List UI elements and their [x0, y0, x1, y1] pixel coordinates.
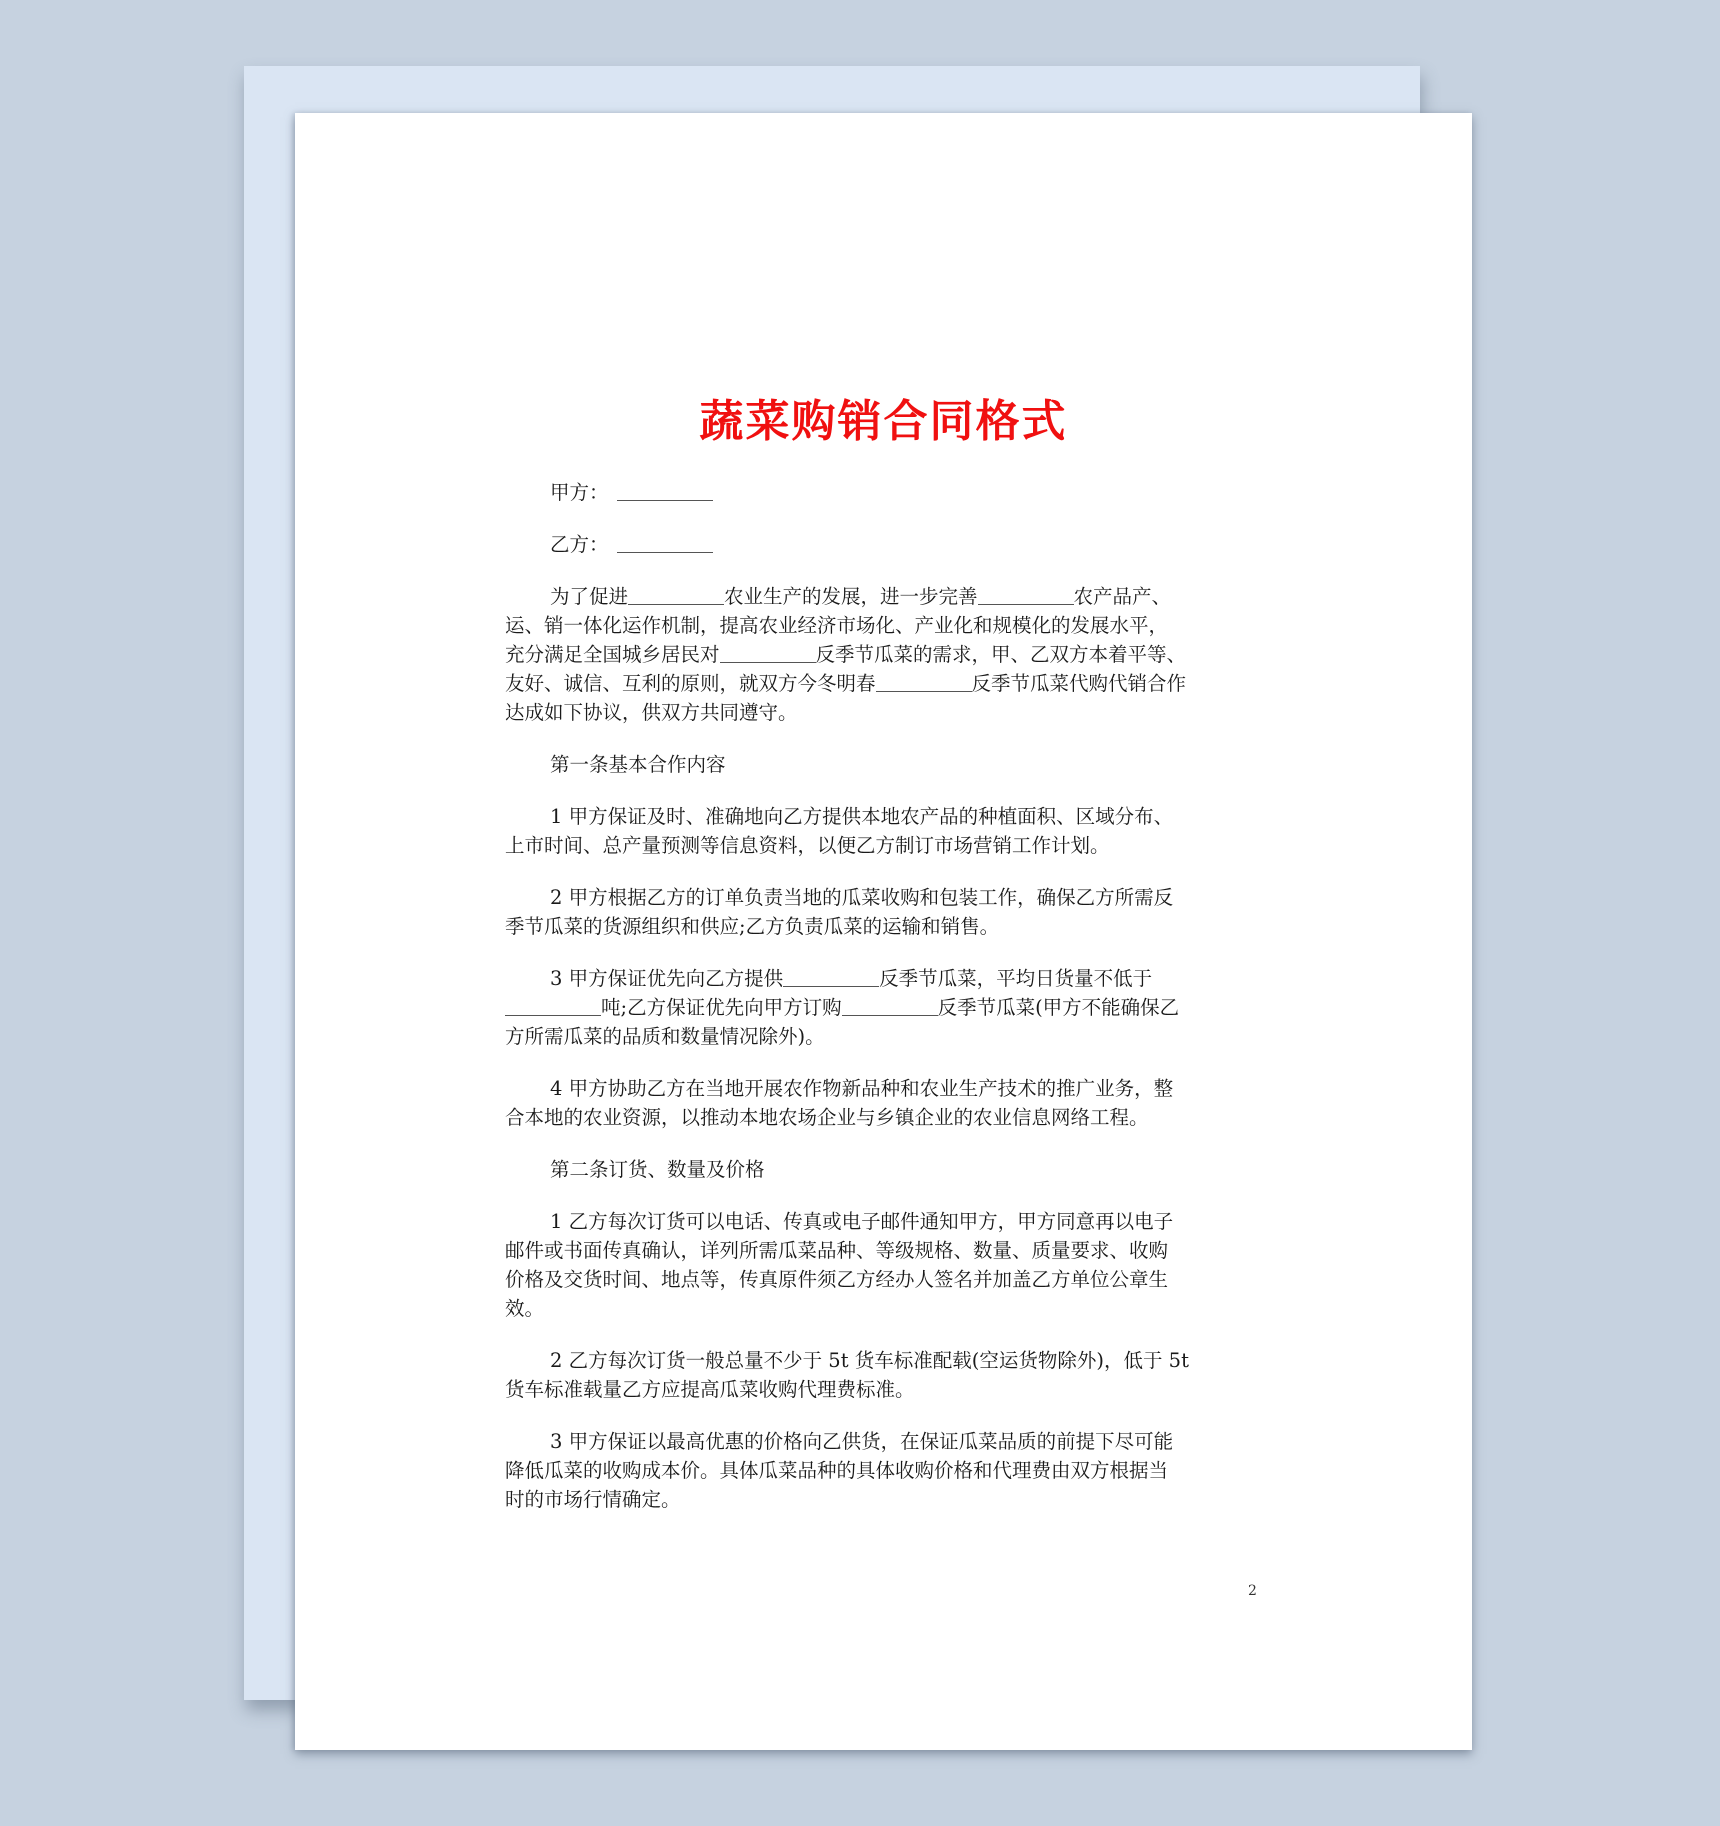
text: 货车标准载量乙方应提高瓜菜收购代理费标准。 — [505, 1375, 1270, 1404]
fill-blank — [978, 603, 1074, 605]
text: 1 甲方保证及时、准确地向乙方提供本地农产品的种植面积、区域分布、 — [505, 802, 1270, 831]
article-1-clause-1: 1 甲方保证及时、准确地向乙方提供本地农产品的种植面积、区域分布、 上市时间、总… — [505, 802, 1270, 860]
text: 吨;乙方保证优先向甲方订购 — [601, 996, 842, 1019]
page-number: 2 — [1248, 1583, 1257, 1599]
article-1-clause-2: 2 甲方根据乙方的订单负责当地的瓜菜收购和包装工作，确保乙方所需反 季节瓜菜的货… — [505, 883, 1270, 941]
text: 反季节瓜菜的需求，甲、乙双方本着平等、 — [816, 643, 1187, 666]
text: 3 甲方保证优先向乙方提供 — [550, 967, 783, 990]
document-page: 蔬菜购销合同格式 甲方： 乙方： 为了促进农业生产的发展，进一步完善农产品产、 … — [295, 113, 1472, 1750]
document-body: 甲方： 乙方： 为了促进农业生产的发展，进一步完善农产品产、 运、销一体化运作机… — [505, 478, 1270, 1514]
text: 1 乙方每次订货可以电话、传真或电子邮件通知甲方，甲方同意再以电子 — [505, 1207, 1270, 1236]
text: 3 甲方保证以最高优惠的价格向乙供货，在保证瓜菜品质的前提下尽可能 — [505, 1427, 1270, 1456]
party-a-line: 甲方： — [505, 478, 1270, 507]
text: 农业生产的发展，进一步完善 — [724, 585, 978, 608]
party-b-blank — [617, 551, 713, 553]
fill-blank — [505, 1014, 601, 1016]
text: 为了促进 — [550, 585, 628, 608]
text: 上市时间、总产量预测等信息资料，以便乙方制订市场营销工作计划。 — [505, 831, 1270, 860]
text: 农产品产、 — [1074, 585, 1172, 608]
text: 4 甲方协助乙方在当地开展农作物新品种和农业生产技术的推广业务，整 — [505, 1074, 1270, 1103]
document-title: 蔬菜购销合同格式 — [295, 392, 1472, 452]
fill-blank — [783, 985, 879, 987]
text: 充分满足全国城乡居民对 — [505, 643, 720, 666]
text: 2 乙方每次订货一般总量不少于 5t 货车标准配载(空运货物除外)，低于 5t — [505, 1346, 1270, 1375]
text: 反季节瓜菜(甲方不能确保乙 — [938, 996, 1180, 1019]
text: 降低瓜菜的收购成本价。具体瓜菜品种的具体收购价格和代理费由双方根据当 — [505, 1456, 1270, 1485]
text: 反季节瓜菜，平均日货量不低于 — [879, 967, 1152, 990]
fill-blank — [628, 603, 724, 605]
text: 时的市场行情确定。 — [505, 1485, 1270, 1514]
intro-paragraph: 为了促进农业生产的发展，进一步完善农产品产、 运、销一体化运作机制，提高农业经济… — [505, 582, 1270, 727]
article-2-heading: 第二条订货、数量及价格 — [505, 1155, 1270, 1184]
text: 价格及交货时间、地点等，传真原件须乙方经办人签名并加盖乙方单位公章生 — [505, 1265, 1270, 1294]
party-a-blank — [617, 499, 713, 501]
text: 效。 — [505, 1294, 1270, 1323]
fill-blank — [720, 661, 816, 663]
text: 方所需瓜菜的品质和数量情况除外)。 — [505, 1022, 1270, 1051]
article-1-heading: 第一条基本合作内容 — [505, 750, 1270, 779]
article-1-clause-3: 3 甲方保证优先向乙方提供反季节瓜菜，平均日货量不低于 吨;乙方保证优先向甲方订… — [505, 964, 1270, 1051]
party-b-line: 乙方： — [505, 530, 1270, 559]
text: 2 甲方根据乙方的订单负责当地的瓜菜收购和包装工作，确保乙方所需反 — [505, 883, 1270, 912]
article-2-clause-3: 3 甲方保证以最高优惠的价格向乙供货，在保证瓜菜品质的前提下尽可能 降低瓜菜的收… — [505, 1427, 1270, 1514]
fill-blank — [876, 690, 972, 692]
article-1-clause-4: 4 甲方协助乙方在当地开展农作物新品种和农业生产技术的推广业务，整 合本地的农业… — [505, 1074, 1270, 1132]
fill-blank — [842, 1014, 938, 1016]
text: 季节瓜菜的货源组织和供应;乙方负责瓜菜的运输和销售。 — [505, 912, 1270, 941]
text: 友好、诚信、互利的原则，就双方今冬明春 — [505, 672, 876, 695]
text: 邮件或书面传真确认，详列所需瓜菜品种、等级规格、数量、质量要求、收购 — [505, 1236, 1270, 1265]
party-b-label: 乙方： — [550, 533, 609, 556]
article-2-clause-1: 1 乙方每次订货可以电话、传真或电子邮件通知甲方，甲方同意再以电子 邮件或书面传… — [505, 1207, 1270, 1323]
party-a-label: 甲方： — [550, 481, 609, 504]
text: 合本地的农业资源，以推动本地农场企业与乡镇企业的农业信息网络工程。 — [505, 1103, 1270, 1132]
text: 反季节瓜菜代购代销合作 — [972, 672, 1187, 695]
article-2-clause-2: 2 乙方每次订货一般总量不少于 5t 货车标准配载(空运货物除外)，低于 5t … — [505, 1346, 1270, 1404]
text: 运、销一体化运作机制，提高农业经济市场化、产业化和规模化的发展水平， — [505, 611, 1270, 640]
text: 达成如下协议，供双方共同遵守。 — [505, 698, 1270, 727]
